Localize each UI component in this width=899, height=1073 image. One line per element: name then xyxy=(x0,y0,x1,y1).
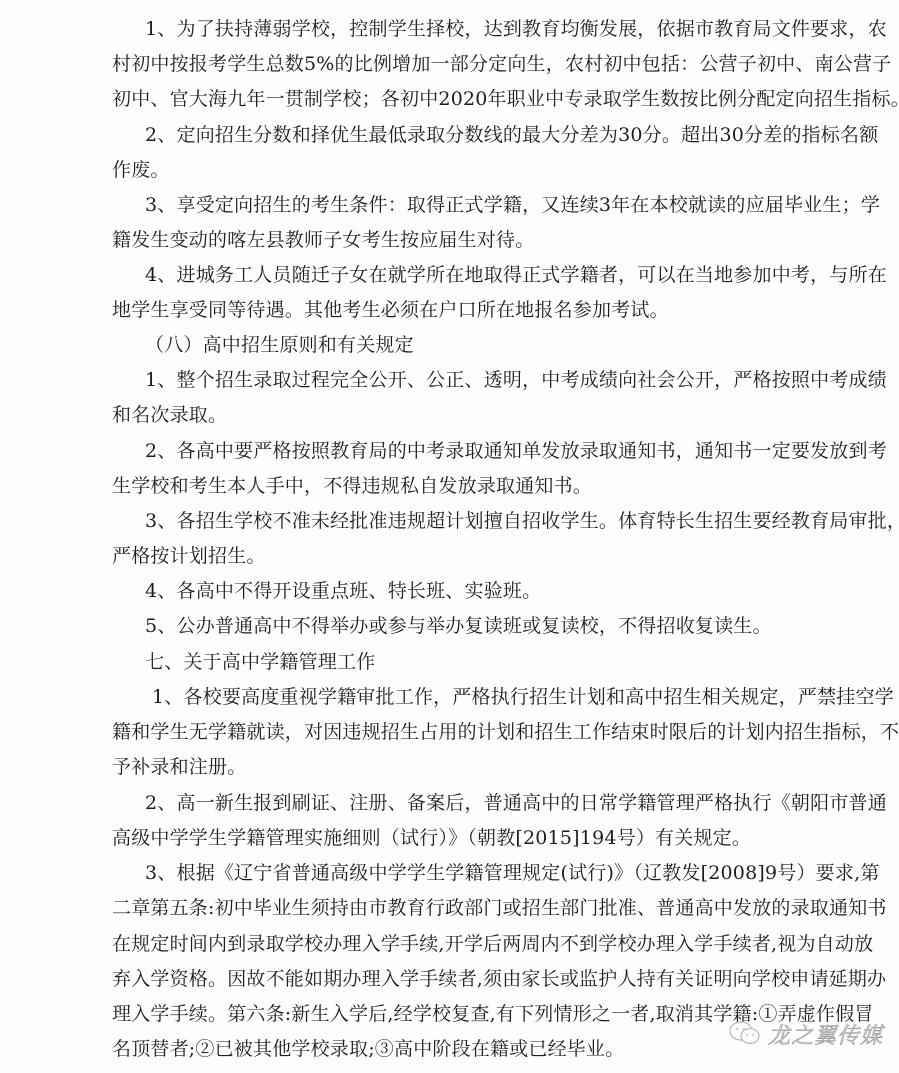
text-line: 理入学手续。第六条:新生入学后,经学校复查,有下列情形之一者,取消其学籍:①弄虚… xyxy=(112,997,787,1031)
text-line: 籍发生变动的喀左县教师子女考生按应届生对待。 xyxy=(112,223,787,257)
text-line: 3、享受定向招生的考生条件：取得正式学籍，又连续3年在本校就读的应届毕业生；学 xyxy=(145,188,787,222)
text-line: 3、根据《辽宁省普通高级中学学生学籍管理规定(试行)》（辽教发[2008]9号）… xyxy=(145,856,787,890)
text-line: 初中、官大海九年一贯制学校；各初中2020年职业中专录取学生数按比例分配定向招生… xyxy=(112,82,787,116)
wechat-chat-bubble-icon xyxy=(728,1019,762,1049)
text-line: 籍和学生无学籍就读，对因违规招生占用的计划和招生工作结束时限后的计划内招生指标，… xyxy=(112,715,787,749)
document-page: 1、为了扶持薄弱学校，控制学生择校，达到教育均衡发展，依据市教育局文件要求，农村… xyxy=(0,0,899,1073)
text-line: 高级中学学生学籍管理实施细则（试行）》（朝教[2015]194号）有关规定。 xyxy=(112,821,787,855)
text-line: 4、进城务工人员随迁子女在就学所在地取得正式学籍者，可以在当地参加中考，与所在 xyxy=(145,258,787,292)
text-line: 七、关于高中学籍管理工作 xyxy=(145,645,787,679)
text-line: 1、为了扶持薄弱学校，控制学生择校，达到教育均衡发展，依据市教育局文件要求，农 xyxy=(145,12,787,46)
text-line: 2、各高中要严格按照教育局的中考录取通知单发放录取通知书，通知书一定要发放到考 xyxy=(145,434,787,468)
text-line: 3、各招生学校不准未经批准违规超计划擅自招收学生。体育特长生招生要经教育局审批， xyxy=(145,504,787,538)
watermark: 龙之翼传媒 xyxy=(728,1014,898,1054)
text-line: （八）高中招生原则和有关规定 xyxy=(145,328,787,362)
text-line: 1、各校要高度重视学籍审批工作，严格执行招生计划和高中招生相关规定，严禁挂空学 xyxy=(152,680,787,714)
text-line: 地学生享受同等待遇。其他考生必须在户口所在地报名参加考试。 xyxy=(112,293,787,327)
text-line: 在规定时间内到录取学校办理入学手续,开学后两周内不到学校办理入学手续者,视为自动… xyxy=(112,927,787,961)
text-line: 村初中按报考学生总数5%的比例增加一部分定向生，农村初中包括：公营子初中、南公营… xyxy=(112,47,787,81)
text-line: 4、各高中不得开设重点班、特长班、实验班。 xyxy=(145,574,787,608)
text-line: 1、整个招生录取过程完全公开、公正、透明，中考成绩向社会公开，严格按照中考成绩 xyxy=(145,363,787,397)
text-line: 5、公办普通高中不得举办或参与举办复读班或复读校，不得招收复读生。 xyxy=(145,609,787,643)
watermark-text: 龙之翼传媒 xyxy=(768,1019,883,1050)
text-line: 弃入学资格。因故不能如期办理入学手续者,须由家长或监护人持有关证明向学校申请延期… xyxy=(112,962,787,996)
text-line: 予补录和注册。 xyxy=(112,750,787,784)
text-line: 名顶替者;②已被其他学校录取;③高中阶段在籍或已经毕业。 xyxy=(112,1032,787,1066)
text-line: 2、定向招生分数和择优生最低录取分数线的最大分差为30分。超出30分差的指标名额 xyxy=(145,118,787,152)
text-line: 2、高一新生报到刷证、注册、备案后，普通高中的日常学籍管理严格执行《朝阳市普通 xyxy=(145,786,787,820)
text-line: 生学校和考生本人手中，不得违规私自发放录取通知书。 xyxy=(112,469,787,503)
text-line: 严格按计划招生。 xyxy=(112,539,787,573)
text-line: 和名次录取。 xyxy=(112,398,787,432)
text-line: 二章第五条:初中毕业生须持由市教育行政部门或招生部门批准、普通高中发放的录取通知… xyxy=(112,891,787,925)
text-line: 作废。 xyxy=(112,153,787,187)
